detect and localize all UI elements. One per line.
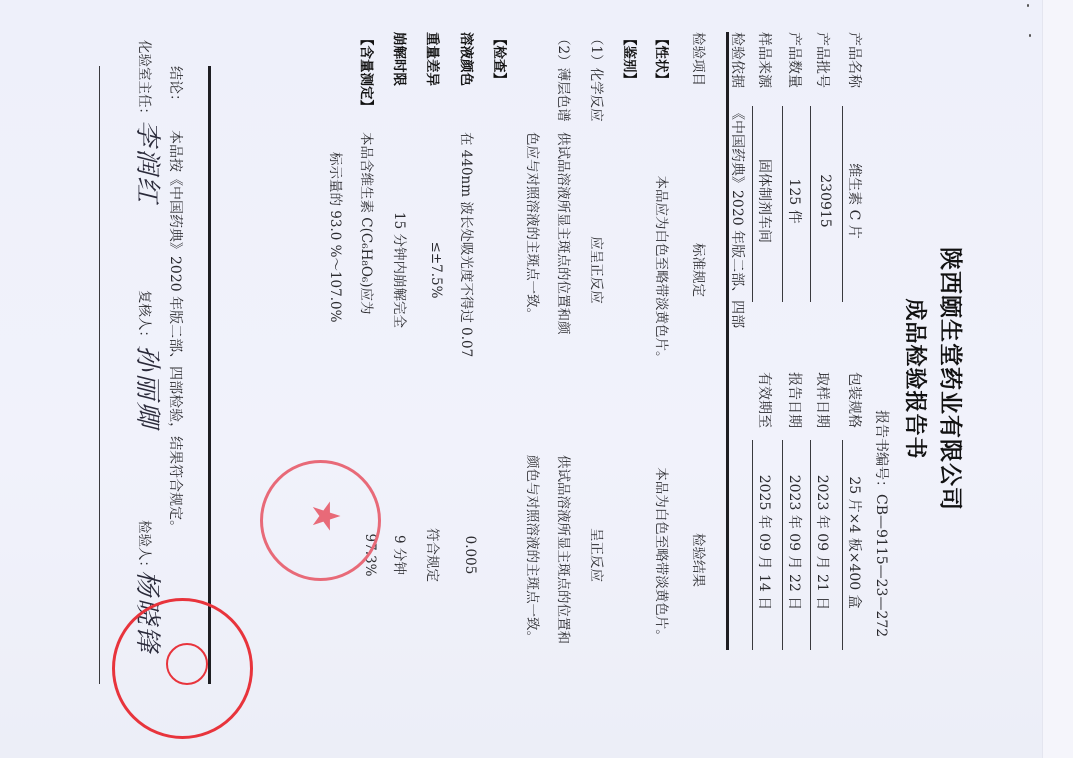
header-field-value: 2025 年 09 月 14 日	[755, 440, 775, 645]
row-item: 【性状】	[653, 32, 673, 86]
row-result: 供试品溶液所显主斑点的位置和	[555, 455, 575, 644]
header-field-label: 产品名称	[845, 32, 865, 88]
row-result: 9 分钟	[391, 455, 411, 655]
header-field-label: 包装规格	[845, 372, 865, 428]
column-header: 检验结果	[690, 460, 710, 660]
qc-stamp-pink: ★	[260, 460, 381, 581]
scan-speck	[1029, 34, 1031, 37]
row-standard: ≤±7.5%	[428, 150, 444, 390]
header-field-label: 产品数量	[785, 32, 805, 88]
row-item: 溶液颜色	[458, 32, 478, 86]
row-item: （2）薄层色谱	[555, 32, 575, 122]
signature-handwriting: 孙丽卿	[131, 345, 168, 429]
header-field-value: 维生素 C 片	[845, 106, 865, 296]
header-field-value: 125 件	[785, 106, 805, 296]
page-top-margin	[1042, 0, 1073, 758]
row-standard: 本品含维生素 C(C₆H₈O₆)应为	[358, 132, 378, 315]
header-field-label: 检验依据	[728, 32, 748, 88]
row-standard: 供试品溶液所显主斑点的位置和颜	[555, 132, 575, 335]
row-item: 重量差异	[424, 32, 444, 86]
header-field-label: 有效期至	[755, 372, 775, 428]
header-field-label: 报告日期	[785, 372, 805, 428]
header-field-value: 2023 年 09 月 21 日	[813, 440, 833, 645]
row-item: 【鉴别】	[621, 32, 641, 86]
company-stamp-red	[112, 598, 253, 739]
header-field-label: 产品批号	[813, 32, 833, 88]
signature-role: 检验人：	[136, 520, 156, 574]
header-field-value: 25 片×4 板×400 盒	[845, 440, 865, 645]
column-header: 检验项目	[690, 32, 710, 122]
header-field-value: 固体制剂车间	[755, 106, 775, 296]
scan-speck	[1027, 4, 1029, 7]
company-name: 陕西颐生堂药业有限公司	[936, 0, 969, 758]
header-field-underline	[752, 440, 753, 650]
header-field-underline	[810, 440, 811, 650]
row-standard: 应呈正反应	[588, 150, 608, 390]
row-result: 本品为白色至略带淡黄色片。	[653, 455, 673, 655]
row-item: 【检查】	[491, 32, 511, 86]
header-field-value: 《中国药典》2020 年版二部、四部	[728, 106, 748, 328]
company-stamp-inner-ring	[166, 643, 208, 685]
column-header: 标准规定	[690, 180, 710, 360]
header-field-label: 样品来源	[755, 32, 775, 88]
row-standard: 在 440nm 波长处吸光度不得过 0.07	[458, 132, 478, 357]
header-field-underline	[782, 440, 783, 650]
header-field-value: 230915	[817, 106, 833, 296]
signature-role: 复核人：	[136, 290, 156, 344]
conclusion-rule	[208, 66, 211, 684]
header-field-underline	[842, 440, 843, 650]
header-field-label: 取样日期	[813, 372, 833, 428]
header-field-underline	[782, 106, 783, 302]
header-field-value: 2023 年 09 月 22 日	[785, 440, 805, 645]
row-standard-line2: 色应与对照溶液的主斑点一致。	[524, 132, 544, 321]
row-result: 符合规定	[424, 455, 444, 655]
conclusion-label: 结论：	[166, 66, 186, 108]
row-item: 【含量测定】	[358, 32, 378, 113]
table-top-rule	[726, 32, 729, 650]
report-number-label: 报告书编号：	[873, 410, 889, 494]
report-title: 成品检验报告书	[901, 0, 932, 758]
row-standard: 15 分钟内崩解完全	[391, 150, 411, 390]
qc-stamp-star: ★	[304, 499, 348, 533]
row-standard-line2: 标示量的 93.0 %～107.0%	[327, 152, 347, 322]
signature-bottom-rule	[99, 66, 100, 684]
header-field-underline	[810, 106, 811, 302]
header-field-underline	[842, 106, 843, 302]
row-item: （1）化学反应	[588, 32, 608, 122]
signature-role: 化验室主任：	[136, 40, 156, 121]
report-number-value: CB—9115—23—272	[873, 494, 889, 637]
inspection-report-page: 陕西颐生堂药业有限公司 成品检验报告书 报告书编号：CB—9115—23—272…	[0, 0, 1073, 758]
row-standard: 本品应为白色至略带淡黄色片。	[653, 150, 673, 390]
header-field-underline	[752, 106, 753, 302]
row-item: 崩解时限	[391, 32, 411, 86]
row-result-line2: 颜色与对照溶液的主斑点一致。	[524, 455, 544, 644]
report-number: 报告书编号：CB—9115—23—272	[872, 410, 892, 637]
conclusion-text: 本品按《中国药典》2020 年版二部、四部检验，结果符合规定。	[166, 130, 186, 534]
row-result: 呈正反应	[588, 455, 608, 655]
row-result: 0.005	[462, 455, 478, 655]
signature-handwriting: 李润红	[131, 120, 168, 204]
